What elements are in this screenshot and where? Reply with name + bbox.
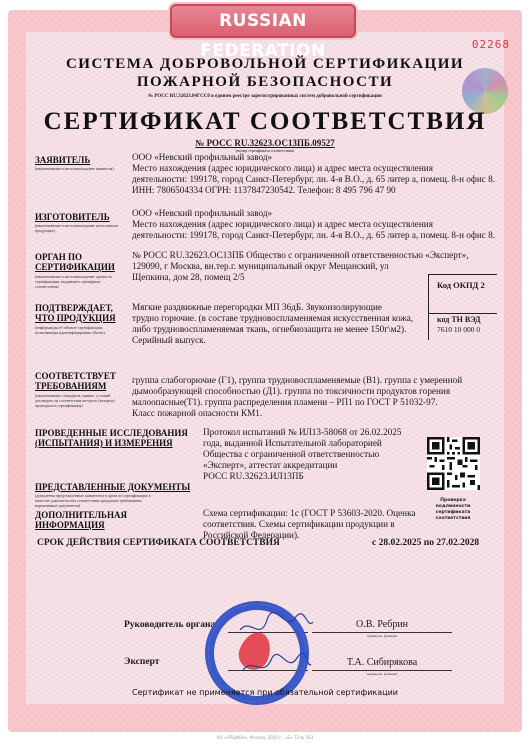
serial-number: 02268: [472, 38, 510, 51]
cert-body-line: № РОСС RU.32623.ОС13ПБ Общество с ограни…: [132, 250, 469, 261]
additional-label-line1: ДОПОЛНИТЕЛЬНАЯ: [35, 510, 127, 520]
applicant-caption: (наименование и местонахождение заявител…: [35, 166, 123, 171]
tests-line: Протокол испытаний № ИЛ13-58068 от 26.02…: [203, 427, 401, 438]
cert-body-label-line1: ОРГАН ПО: [35, 252, 115, 262]
tests-label: ПРОВЕДЕННЫЕ ИССЛЕДОВАНИЯ (ИСПЫТАНИЯ) И И…: [35, 428, 188, 448]
product-line: трудно горючие. (в составе трудновосплам…: [132, 313, 413, 324]
tests-line: РОСС RU.32623.ИЛ13ПБ: [203, 471, 401, 482]
tests-line: Общества с ограниченной ответственностью: [203, 449, 401, 460]
requirements-line: группа слабогорючие (Г1), группа труднов…: [132, 375, 462, 386]
cert-body-line: Щепкина, дом 28, помещ 2/5: [132, 272, 469, 283]
country-banner: RUSSIAN FEDERATION: [170, 4, 356, 38]
tests-label-line1: ПРОВЕДЕННЫЕ ИССЛЕДОВАНИЯ: [35, 428, 188, 438]
expert-name-caption: инициалы, фамилия: [312, 672, 452, 676]
additional-value: Схема сертификации: 1с (ГОСТ Р 53603-202…: [203, 508, 416, 541]
additional-label-line2: ИНФОРМАЦИЯ: [35, 520, 127, 530]
additional-line: Схема сертификации: 1с (ГОСТ Р 53603-202…: [203, 508, 416, 519]
tnved-value: 7610 10 000 0: [429, 324, 497, 334]
manufacturer-line: Место нахождения (адрес юридического лиц…: [132, 219, 495, 230]
footer-note: Сертификат не применяется при обязательн…: [0, 688, 530, 697]
requirements-line: Класс пожарной опасности КМ1.: [132, 408, 462, 419]
product-label: ПОДТВЕРЖДАЕТ, ЧТО ПРОДУКЦИЯ: [35, 303, 116, 323]
printer-note: АО «ОПЦИОН», Москва, 2020 г., «Б» ТЗ № 5…: [0, 735, 530, 740]
manufacturer-label: ИЗГОТОВИТЕЛЬ: [35, 212, 110, 222]
requirements-value: группа слабогорючие (Г1), группа труднов…: [132, 375, 462, 419]
applicant-line: ИНН: 7806504334 ОГРН: 1137847230542. Тел…: [132, 185, 495, 196]
product-caption: (информация об объекте сертификации, поз…: [35, 325, 123, 335]
product-line: либо трудновоспламеняемая ткань, огнебио…: [132, 324, 413, 335]
qr-code-icon[interactable]: [427, 437, 480, 490]
requirements-caption: (наименование стандартов, правил, услови…: [35, 393, 123, 408]
applicant-line: Место нахождения (адрес юридического лиц…: [132, 163, 495, 174]
manufacturer-line: деятельности: 199178, город Санкт-Петерб…: [132, 230, 495, 241]
tnved-code-box: код ТН ВЭД 7610 10 000 0: [428, 312, 497, 340]
manufacturer-label-text: ИЗГОТОВИТЕЛЬ: [35, 212, 110, 222]
applicant-line: деятельности: 199178, город Санкт-Петерб…: [132, 174, 495, 185]
applicant-label: ЗАЯВИТЕЛЬ: [35, 155, 90, 165]
tests-line: года, выданной Испытательной лабораторие…: [203, 438, 401, 449]
expert-name-line: [312, 670, 452, 671]
requirements-label: СООТВЕТСТВУЕТ ТРЕБОВАНИЯМ: [35, 371, 116, 391]
signature-scribble-icon: [235, 612, 315, 682]
head-name: О.В. Ребрин: [312, 619, 452, 630]
manufacturer-line: ООО «Невский профильный завод»: [132, 208, 495, 219]
head-label: Руководитель органа: [124, 620, 215, 630]
certificate-number: № РОСС RU.32623.ОС13ПБ.09527: [0, 138, 530, 148]
qr-caption: Проверка подлинности сертификата соответ…: [418, 498, 488, 522]
certificate-number-text: № РОСС RU.32623.ОС13ПБ.09527: [195, 138, 334, 148]
requirements-line: дымообразующей способностью (Д1). группа…: [132, 386, 462, 397]
expert-name: Т.А. Сибирякова: [312, 657, 452, 668]
tests-line: «Эксперт», аттестат аккредитации: [203, 460, 401, 471]
manufacturer-value: ООО «Невский профильный завод» Место нах…: [132, 208, 495, 241]
product-line: Мягкие раздвижные перегородки МП 36дБ. З…: [132, 302, 413, 313]
documents-label-text: ПРЕДСТАВЛЕННЫЕ ДОКУМЕНТЫ: [35, 482, 190, 492]
head-name-line: [312, 632, 452, 633]
additional-label: ДОПОЛНИТЕЛЬНАЯ ИНФОРМАЦИЯ: [35, 510, 127, 530]
registry-note: № РОСС RU.32623.04ГСС0 в едином реестре …: [0, 94, 530, 99]
expert-label: Эксперт: [124, 657, 159, 667]
cert-body-value: № РОСС RU.32623.ОС13ПБ Общество с ограни…: [132, 250, 469, 283]
product-label-line1: ПОДТВЕРЖДАЕТ,: [35, 303, 116, 313]
requirements-label-line2: ТРЕБОВАНИЯМ: [35, 381, 116, 391]
qr-caption-line: соответствия: [418, 516, 488, 522]
documents-caption: (документы представленные заявителем в о…: [35, 493, 155, 508]
additional-line: соответствия. Схемы сертификации продукц…: [203, 519, 416, 530]
system-title-line2: ПОЖАРНОЙ БЕЗОПАСНОСТИ: [0, 74, 530, 91]
head-name-caption: инициалы, фамилия: [312, 634, 452, 638]
cert-body-label-line2: СЕРТИФИКАЦИИ: [35, 262, 115, 272]
cert-body-caption: (наименование и местонахождение органа п…: [35, 274, 123, 289]
applicant-line: ООО «Невский профильный завод»: [132, 152, 495, 163]
manufacturer-caption: (наименование и местонахождение изготови…: [35, 223, 123, 233]
tnved-label: код ТН ВЭД: [429, 312, 497, 324]
requirements-line: малоопасные(Т1). группа распределения пл…: [132, 397, 462, 408]
product-value: Мягкие раздвижные перегородки МП 36дБ. З…: [132, 302, 413, 346]
tests-value: Протокол испытаний № ИЛ13-58068 от 26.02…: [203, 427, 401, 482]
validity-label: СРОК ДЕЙСТВИЯ СЕРТИФИКАТА СООТВЕТСТВИЯ: [37, 538, 280, 548]
okpd-label: Код ОКПД 2: [429, 275, 497, 290]
validity-value: с 28.02.2025 по 27.02.2028: [372, 538, 479, 548]
applicant-value: ООО «Невский профильный завод» Место нах…: [132, 152, 495, 196]
certificate-title: СЕРТИФИКАТ СООТВЕТСТВИЯ: [0, 108, 530, 136]
applicant-label-text: ЗАЯВИТЕЛЬ: [35, 155, 90, 165]
tests-label-line2: (ИСПЫТАНИЯ) И ИЗМЕРЕНИЯ: [35, 438, 188, 448]
cert-body-label: ОРГАН ПО СЕРТИФИКАЦИИ: [35, 252, 115, 272]
documents-label: ПРЕДСТАВЛЕННЫЕ ДОКУМЕНТЫ: [35, 482, 190, 492]
requirements-label-line1: СООТВЕТСТВУЕТ: [35, 371, 116, 381]
cert-body-line: 129090, г Москва, вн.тер.г. муниципальны…: [132, 261, 469, 272]
product-label-line2: ЧТО ПРОДУКЦИЯ: [35, 313, 116, 323]
system-title-line1: СИСТЕМА ДОБРОВОЛЬНОЙ СЕРТИФИКАЦИИ: [0, 56, 530, 73]
okpd-code-box: Код ОКПД 2: [428, 274, 497, 314]
product-line: Серийный выпуск.: [132, 335, 413, 346]
